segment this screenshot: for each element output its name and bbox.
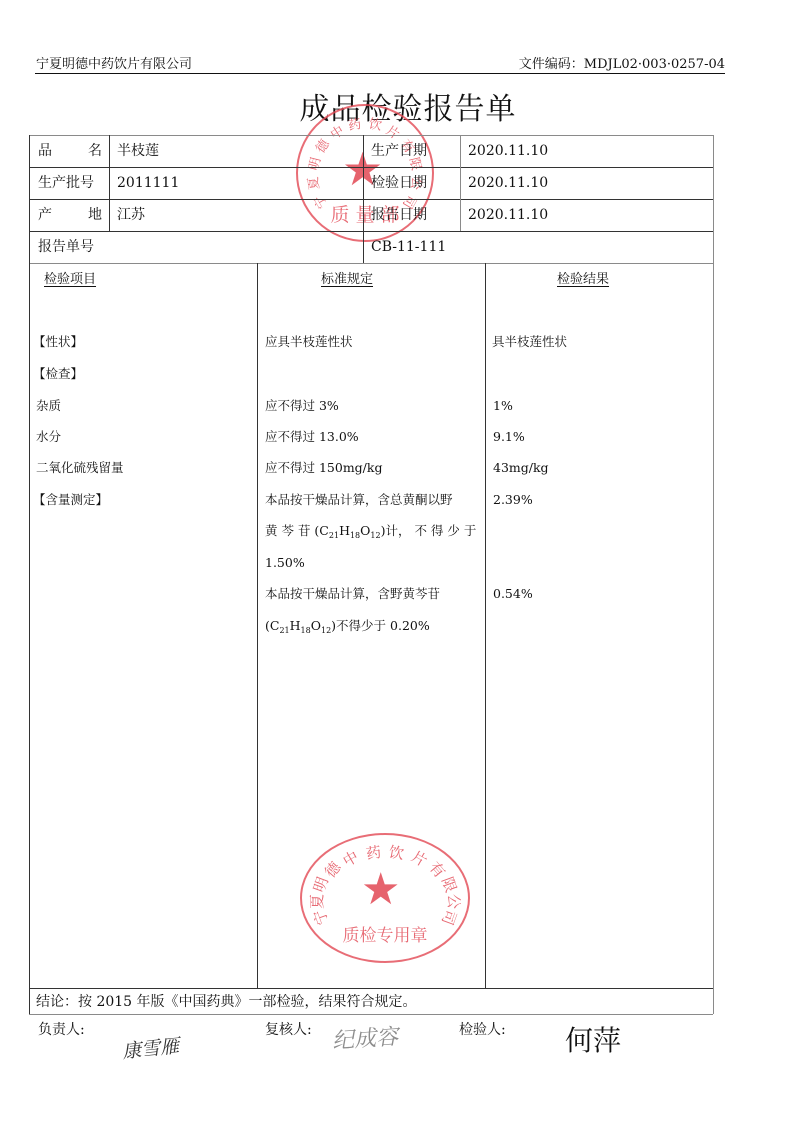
production-date-value: 2020.11.10 xyxy=(468,143,548,159)
inspector-signature: 何萍 xyxy=(565,1019,621,1059)
test-item: 【检查】 xyxy=(33,366,83,382)
responsible-signature: 康雪雁 xyxy=(121,1031,181,1064)
product-name-label: 品名 xyxy=(38,143,102,159)
stamp-ring-char: 药 xyxy=(364,841,382,864)
column-header-item: 检验项目 xyxy=(44,272,96,288)
stamp-ring-char: 德 xyxy=(310,134,333,156)
star-icon: ★ xyxy=(361,868,400,912)
file-code-value: MDJL02·003·0257-04 xyxy=(584,57,725,72)
test-standard-line: 本品按干燥品计算，含总黄酮以野 xyxy=(265,492,453,508)
header-rule xyxy=(35,73,725,74)
batch-label: 生产批号 xyxy=(38,175,94,191)
stamp-ring-char: 片 xyxy=(408,846,432,872)
stamp-ring-char: 公 xyxy=(444,893,465,908)
production-date-label: 生产日期 xyxy=(371,143,427,159)
test-standard: 应不得过 3% xyxy=(265,398,339,414)
responsible-label: 负责人: xyxy=(38,1019,85,1039)
test-standard: 应具半枝莲性状 xyxy=(265,334,353,350)
test-result: 0.54% xyxy=(493,586,533,602)
test-standard-line: (C21H18O12)不得少于 0.20% xyxy=(265,618,430,639)
test-standard-line: 1.50% xyxy=(265,555,305,571)
report-date-value: 2020.11.10 xyxy=(468,207,548,223)
file-code: 文件编码：MDJL02·003·0257-04 xyxy=(519,53,725,72)
product-name-value: 半枝莲 xyxy=(117,143,159,159)
stamp-ring-char: 夏 xyxy=(302,176,323,192)
test-result: 2.39% xyxy=(493,492,533,508)
conclusion: 结论：按 2015 年版《中国药典》一部检验，结果符合规定。 xyxy=(36,994,417,1010)
report-no-label: 报告单号 xyxy=(38,239,94,255)
stamp-ring-char: 明 xyxy=(308,874,333,895)
test-standard-line: 本品按干燥品计算，含野黄芩苷 xyxy=(265,586,440,602)
stamp-ring-char: 限 xyxy=(437,874,462,895)
column-header-standard: 标准规定 xyxy=(321,272,373,288)
test-item: 杂质 xyxy=(36,398,61,414)
test-result: 1% xyxy=(493,398,513,414)
report-date-label: 报告日期 xyxy=(371,207,427,223)
test-item: 二氧化硫残留量 xyxy=(36,460,124,476)
stamp-ring-char: 夏 xyxy=(306,893,327,908)
column-header-result: 检验结果 xyxy=(557,272,609,288)
quality-inspection-seal: 宁夏明德中药饮片有限公司 ★ 质检专用章 xyxy=(300,833,470,963)
test-standard: 应不得过 150mg/kg xyxy=(265,460,382,476)
origin-label: 产地 xyxy=(38,207,102,223)
inspection-date-value: 2020.11.10 xyxy=(468,175,548,191)
stamp-ring-char: 中 xyxy=(339,846,363,872)
test-item: 【性状】 xyxy=(33,334,83,350)
stamp-ring-char: 明 xyxy=(303,155,325,172)
origin-value: 江苏 xyxy=(117,207,145,223)
company-name: 宁夏明德中药饮片有限公司 xyxy=(36,53,192,72)
page-title: 成品检验报告单 xyxy=(0,84,800,128)
report-no-value: CB-11-111 xyxy=(371,239,446,255)
test-standard-line: 黄 芩 苷 (C21H18O12)计， 不 得 少 于 xyxy=(265,523,476,544)
batch-value: 2011111 xyxy=(117,175,179,191)
reviewer-signature: 纪成容 xyxy=(331,1020,399,1056)
inspection-date-label: 检验日期 xyxy=(371,175,427,191)
test-result: 9.1% xyxy=(493,429,525,445)
test-standard: 应不得过 13.0% xyxy=(265,429,359,445)
test-result: 具半枝莲性状 xyxy=(492,334,567,350)
stamp-ring-char: 宁 xyxy=(308,192,331,213)
test-item: 【含量测定】 xyxy=(33,492,108,508)
stamp-ring-char: 有 xyxy=(425,857,451,882)
test-result: 43mg/kg xyxy=(493,460,549,476)
file-code-label: 文件编码： xyxy=(519,57,584,72)
reviewer-label: 复核人: xyxy=(265,1019,312,1039)
test-item: 水分 xyxy=(36,429,61,445)
stamp-ring-char: 司 xyxy=(437,907,462,928)
stamp-ring-char: 宁 xyxy=(308,907,333,928)
inspector-label: 检验人: xyxy=(459,1019,506,1039)
stamp-ring-char: 德 xyxy=(319,857,345,882)
stamp-ring-char: 饮 xyxy=(388,841,406,864)
stamp-center-text: 质检专用章 xyxy=(302,921,468,946)
